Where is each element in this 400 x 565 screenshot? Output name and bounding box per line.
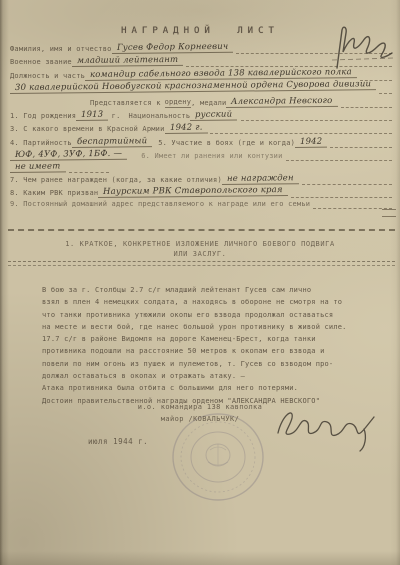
citation-text: В бою за г. Столбцы 2.7 с/г младший лейт… [42,284,386,407]
field-nominated-label-post: , медали [191,99,226,108]
ruled-line [330,139,392,148]
ruled-line [241,112,392,121]
ruled-line [341,99,392,108]
field-position-cont: 30 кавалерийской Новобугской краснознаме… [10,84,392,94]
field-drafted-by: 8. Каким РВК призван Наурским РВК Ставро… [10,188,392,198]
field-prev-awards: 7. Чем ранее награжден (когда, за какие … [10,175,392,185]
field-party-battles: 4. Партийность беспартийный 5. Участие в… [10,138,392,148]
handwritten-mark [330,22,396,76]
edge-dash-mark [382,209,396,210]
citation-line: 17.7 с/г в районе Видомля на дороге Каме… [42,333,386,345]
double-rule [8,261,395,266]
field-party-value: беспартийный [72,137,152,148]
field-drafted-by-value: Наурским РВК Ставропольского края [98,186,288,198]
ruled-line [313,200,392,209]
field-prev-awards-value: не награжден [222,174,299,185]
citation-line: на месте и вести бой, где нанес большой … [42,321,386,333]
field-drafted-by-label: 8. Каким РВК призван [10,189,98,198]
ruled-line [69,164,109,173]
field-birthyear-suffix: г. [112,112,121,121]
field-position-value2: 30 кавалерийской Новобугской краснознаме… [10,80,376,94]
field-birth-nationality: 1. Год рождения 1913 г. Национальность р… [10,111,392,121]
citation-line: повели по ним огонь из пушек и пулеметов… [42,358,386,370]
section-divider [8,229,395,231]
field-battles-cont: ЮФ, 4УФ, 3УФ, 1БФ. — 6. Имеет ли ранения… [10,151,392,161]
field-birthyear-label: 1. Год рождения [10,112,76,121]
field-nationality-value: русский [190,111,237,121]
field-party-label: 4. Партийность [10,139,72,148]
field-army-since-value: 1942 г. [164,124,207,134]
ruled-line [291,189,392,198]
ruled-line [286,152,392,161]
field-home-address-label: 9. Постоянный домашний адрес представляе… [10,200,310,209]
field-battles-value2: ЮФ, 4УФ, 3УФ, 1БФ. — [10,150,127,161]
field-birthyear-value: 1913 [76,111,109,121]
field-battles-label: 5. Участие в боях (где и когда) [158,139,295,148]
signer-rank-name: майор /КОВАЛЬЧУК/ [110,415,290,423]
field-rank-label: Военное звание [10,58,72,67]
citation-line: должал оставаться в окопах и отражать ат… [42,370,386,382]
ruled-line [210,125,392,134]
citation-line: взял в плен 4 немецких солдата, а находя… [42,296,386,308]
field-name-label: Фамилия, имя и отчество [10,45,112,54]
field-wounds-label: 6. Имеет ли ранения или контузии [141,152,282,161]
citation-line: противника подошли на расстояние 50 метр… [42,345,386,357]
section-heading-line2: ИЛИ ЗАСЛУГ. [0,250,400,258]
ruled-line [302,176,392,185]
field-army-since-label: 3. С какого времени в Красной Армии [10,125,165,134]
field-wounds-value: не имеет [10,162,66,173]
field-nominated: Представляется к ордену , медали Алексан… [90,98,392,108]
field-nominated-label-order: ордену [165,98,192,108]
field-battles-value: 1942 [295,138,328,148]
field-wounds: не имеет [10,163,392,173]
ruled-line [379,85,392,94]
citation-line: что танки противника утюжили окопы его в… [42,309,386,321]
field-nominated-label-pre: Представляется к [90,99,161,108]
signer-title: и.о. командира 138 кавполка [110,403,290,411]
field-name-value: Гусев Федор Корнеевич [111,43,233,54]
field-nationality-label: Национальность [129,112,191,121]
citation-line: В бою за г. Столбцы 2.7 с/г младший лейт… [42,284,386,296]
field-prev-awards-label: 7. Чем ранее награжден (когда, за какие … [10,176,222,185]
handwritten-signature [268,397,383,459]
citation-line: Атака противника была отбита с большими … [42,382,386,394]
edge-dash-mark [382,216,396,217]
field-position-label: Должность и часть [10,72,85,81]
document-date: июля 1944 г. [88,437,148,446]
award-sheet-document: НАГРАДНОЙ ЛИСТ Фамилия, имя и отчество Г… [0,0,400,565]
field-army-since: 3. С какого времени в Красной Армии 1942… [10,124,392,134]
field-nominated-value: Александра Невского [226,97,338,108]
section-heading-line1: 1. КРАТКОЕ, КОНКРЕТНОЕ ИЗЛОЖЕНИЕ ЛИЧНОГО… [0,240,400,248]
field-rank-value: младший лейтенант [72,56,183,67]
field-home-address: 9. Постоянный домашний адрес представляе… [10,200,392,209]
